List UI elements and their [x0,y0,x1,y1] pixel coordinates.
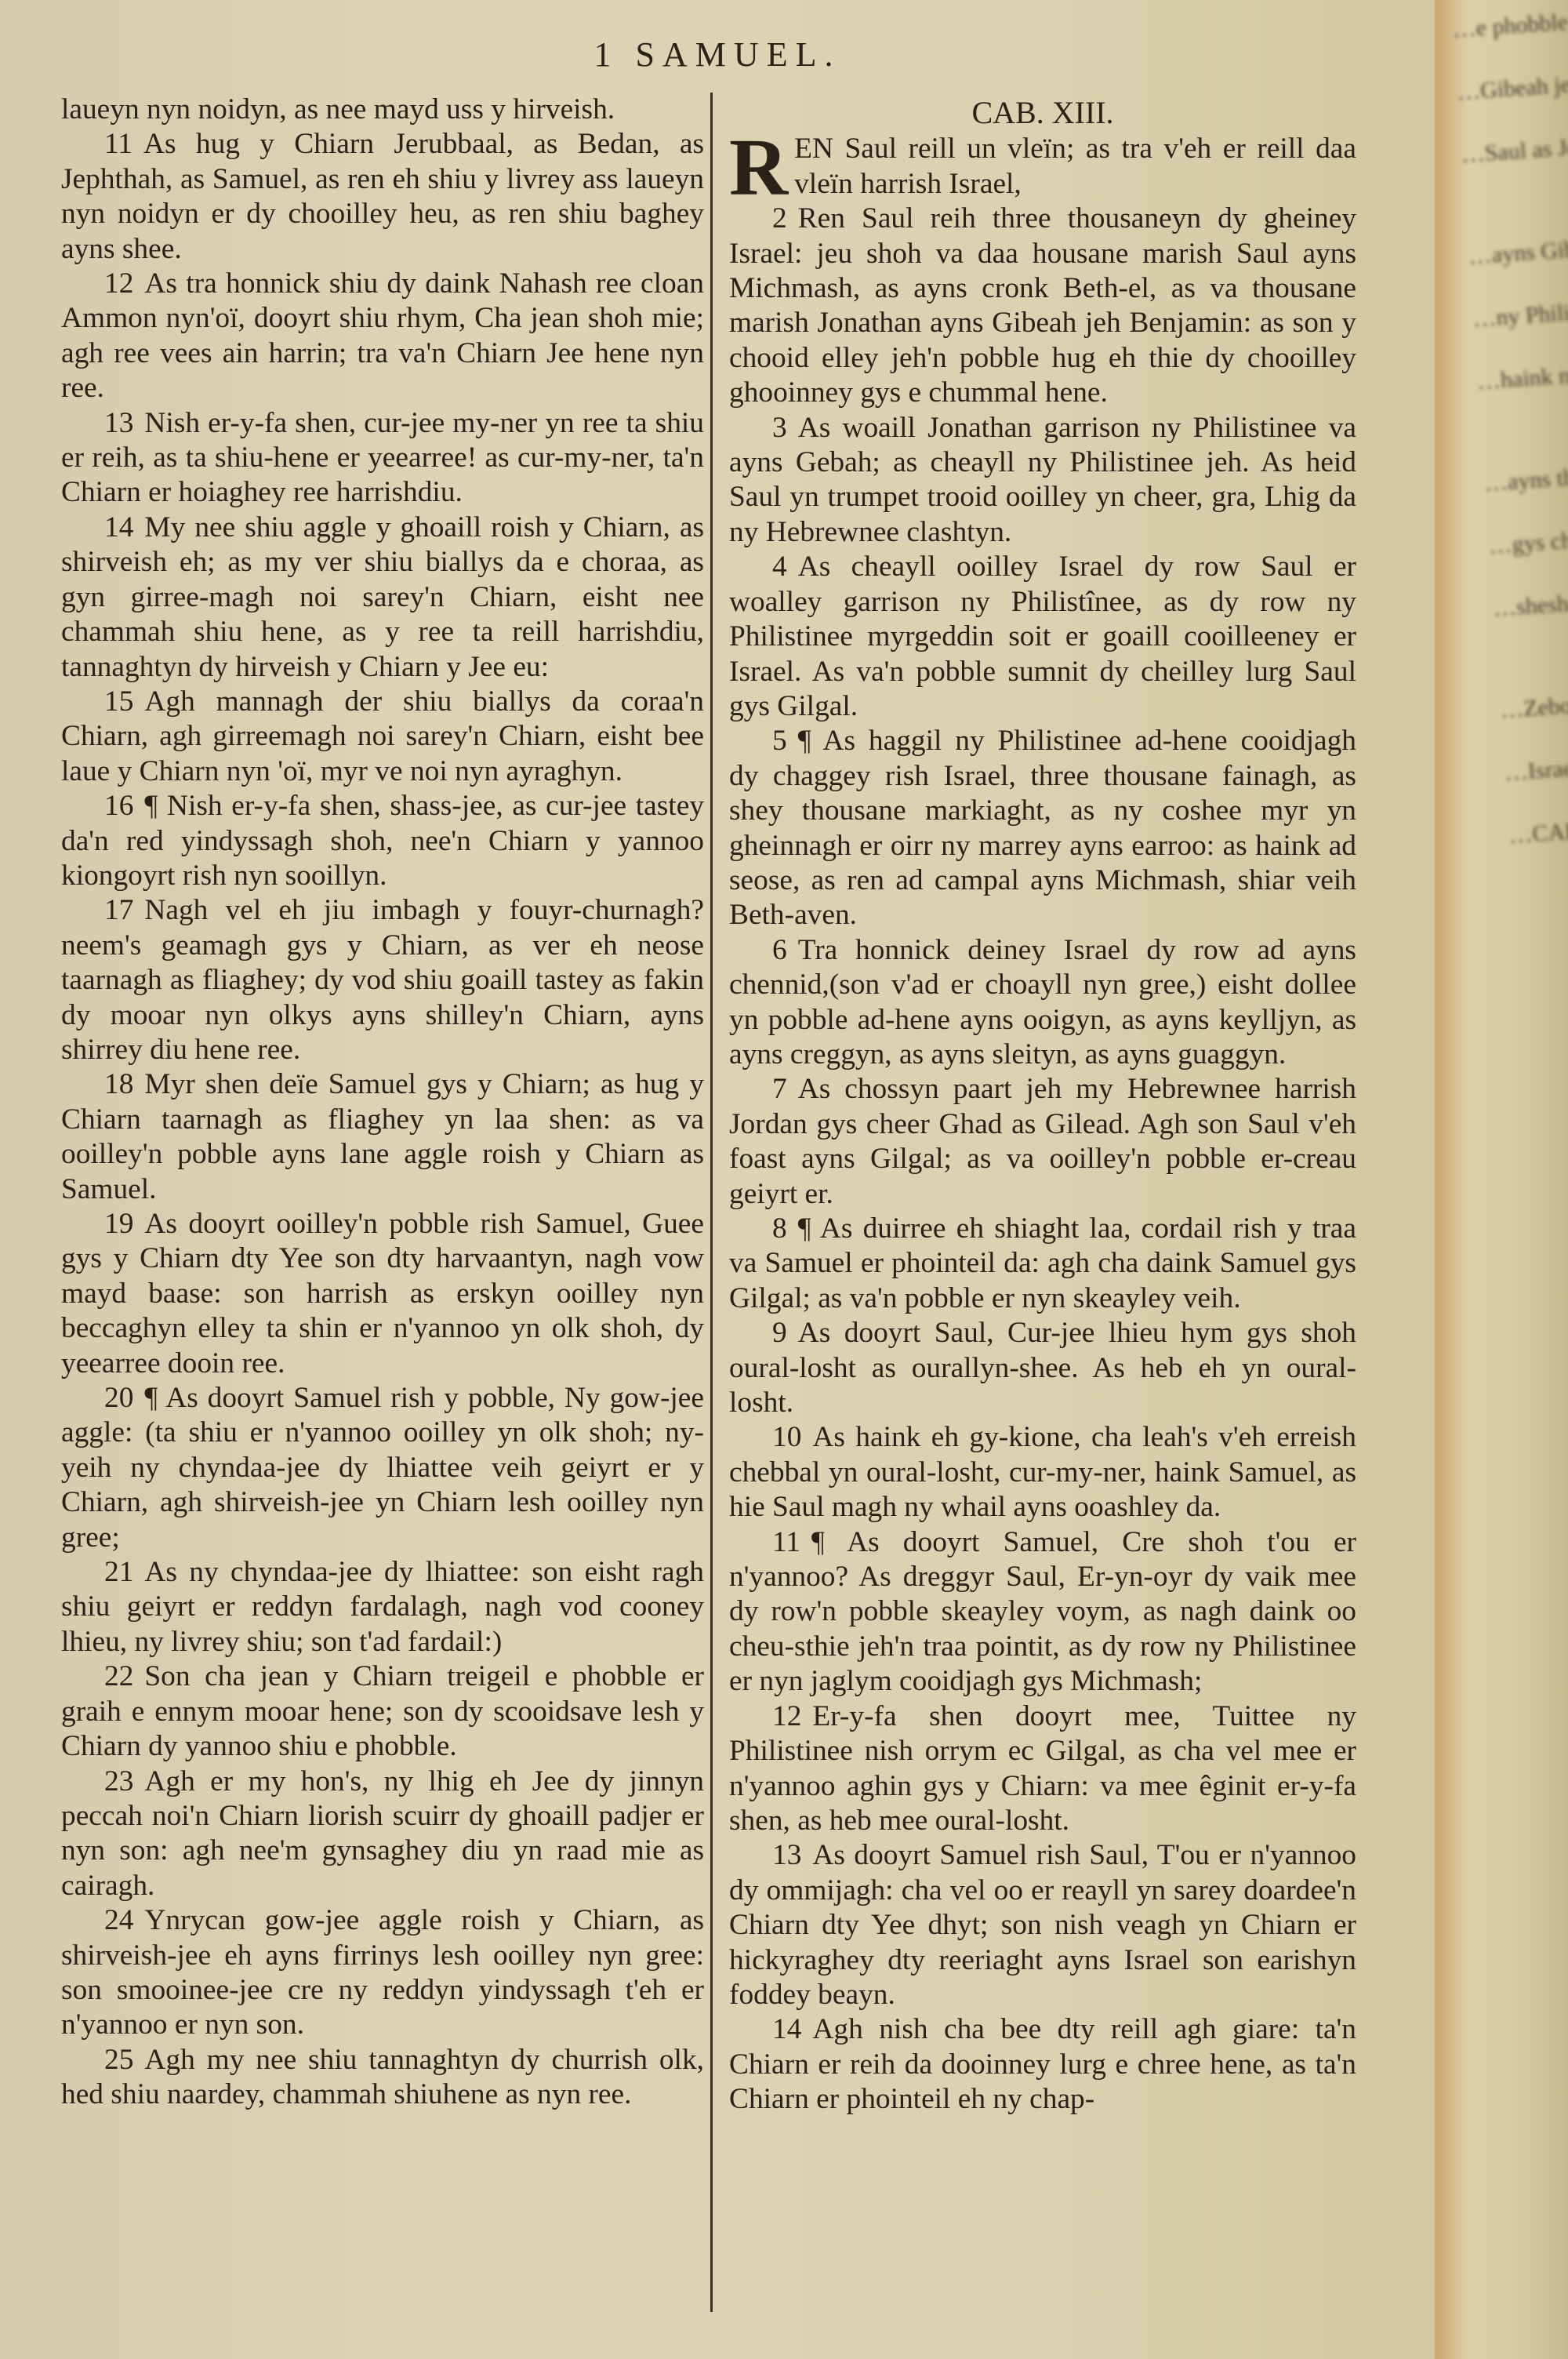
verse: laueyn nyn noidyn, as nee mayd uss y hir… [61,93,704,127]
verse: 16¶ Nish er-y-fa shen, shass-jee, as cur… [61,789,704,893]
verse-text: ¶ As dooyrt Samuel, Cre shoh t'ou er n'y… [729,1526,1356,1698]
verse-text: My nee shiu aggle y ghoaill roish y Chia… [61,511,704,683]
verse-number: 11 [104,128,132,160]
verse: 11¶ As dooyrt Samuel, Cre shoh t'ou er n… [729,1525,1356,1699]
running-title: 1 SAMUEL. [0,35,1435,75]
verse-text: EN Saul reill un vleïn; as tra v'eh er r… [794,133,1356,199]
verse-text: Ynrycan gow-jee aggle roish y Chiarn, as… [61,1904,704,2041]
verse-number: 13 [772,1839,801,1871]
verse-number: 20 [104,1382,133,1414]
verse-number: 11 [772,1526,800,1558]
verse-text: Nish er-y-fa shen, cur-jee my-ner yn ree… [61,407,704,509]
verse-text: As hug y Chiarn Jerubbaal, as Bedan, as … [61,128,704,264]
verse-text: ¶ Nish er-y-fa shen, shass-jee, as cur-j… [61,790,704,892]
verse: 3As woaill Jonathan garrison ny Philisti… [729,411,1356,551]
verse: 13Nish er-y-fa shen, cur-jee my-ner yn r… [61,406,704,511]
verse: 6Tra honnick deiney Israel dy row ad ayn… [729,933,1356,1073]
verse-number: 2 [772,202,787,234]
verse-number: 21 [104,1556,133,1588]
blurred-line: …haink ny spooilleyderyn… [1476,358,1568,398]
verse-number: 4 [772,551,787,583]
verse: 13As dooyrt Samuel rish Saul, T'ou er n'… [729,1838,1356,2012]
verse-text: Agh er my hon's, ny lhig eh Jee dy jinny… [61,1765,704,1902]
right-column: CAB. XIII. REN Saul reill un vleïn; as t… [729,93,1356,2117]
verse: 12Er-y-fa shen dooyrt mee, Tuittee ny Ph… [729,1699,1356,1839]
verse-text: Agh nish cha bee dty reill agh giare: ta… [729,2013,1356,2115]
verse: 23Agh er my hon's, ny lhig eh Jee dy jin… [61,1765,704,1904]
book-page: 1 SAMUEL. laueyn nyn noidyn, as nee mayd… [0,0,1435,2359]
verse-number: 13 [104,407,133,439]
verse-text: laueyn nyn noidyn, as nee mayd uss y hir… [61,93,615,125]
verse-number: 17 [104,894,133,926]
verse: 7As chossyn paart jeh my Hebrewnee harri… [729,1072,1356,1212]
verse: 17Nagh vel eh jiu imbagh y fouyr-churnag… [61,893,704,1067]
verse: 22Son cha jean y Chiarn treigeil e phobb… [61,1659,704,1764]
verse-text: Agh mannagh der shiu biallys da coraa'n … [61,685,704,787]
blurred-line: …Gibeah jeh Benjamin… [1456,69,1568,108]
verse-number: 16 [104,790,133,822]
verse-text: As cheayll ooilley Israel dy row Saul er… [729,551,1356,722]
verse: 18Myr shen deïe Samuel gys y Chiarn; as … [61,1067,704,1207]
verse: 10As haink eh gy-kione, cha leah's v'eh … [729,1420,1356,1525]
verse-text: ¶ As dooyrt Samuel rish y pobble, Ny gow… [61,1382,704,1554]
blurred-line: …ayns Gibeah jeh Benjamin… [1468,233,1568,272]
verse-text: Nagh vel eh jiu imbagh y fouyr-churnagh?… [61,894,704,1066]
blurred-line: …Israel; (son dooyrt ny Phili-… [1504,750,1568,789]
verse-text: As chossyn paart jeh my Hebrewnee harris… [729,1073,1356,1209]
verse-text: Tra honnick deiney Israel dy row ad ayns… [729,934,1356,1070]
verse-text: Agh my nee shiu tannaghtyn dy churrish o… [61,2044,704,2110]
left-column: laueyn nyn noidyn, as nee mayd uss y hir… [61,93,704,2113]
verse: 4As cheayll ooilley Israel dy row Saul e… [729,550,1356,724]
verse-number: 18 [104,1068,133,1100]
verse: 21As ny chyndaa-jee dy lhiattee: son eis… [61,1555,704,1659]
verse-text: ¶ As haggil ny Philistinee ad-hene cooid… [729,725,1356,931]
verse-number: 9 [772,1317,787,1349]
verse-text: As ny chyndaa-jee dy lhiattee: son eisht… [61,1556,704,1658]
verse: 9As dooyrt Saul, Cur-jee lhieu hym gys s… [729,1316,1356,1420]
verse-text: Er-y-fa shen dooyrt mee, Tuittee ny Phil… [729,1700,1356,1837]
verse-number: 7 [772,1073,787,1105]
next-page-edge: …e phobble……Gibeah jeh Benjamin……Saul as… [1435,0,1568,2359]
verse-number: 3 [772,412,787,444]
verse-text: As dooyrt Saul, Cur-jee lhieu hym gys sh… [729,1317,1356,1419]
blurred-line: …sheshaght elley… [1492,585,1568,624]
blurred-line: …Zeboim gys yn aasagh… [1499,687,1568,726]
verse: 8¶ As duirree eh shiaght laa, cordail ri… [729,1212,1356,1316]
verse-number: 14 [772,2013,801,2045]
verse-text: As tra honnick shiu dy daink Nahash ree … [61,267,704,404]
verse-1: REN Saul reill un vleïn; as tra v'eh er … [729,132,1356,202]
verse: 25Agh my nee shiu tannaghtyn dy churrish… [61,2043,704,2113]
verse-text: As woaill Jonathan garrison ny Philistin… [729,412,1356,548]
blurred-line: …e phobble… [1451,6,1568,45]
verse-text: As dooyrt Samuel rish Saul, T'ou er n'ya… [729,1839,1356,2011]
verse-number: 25 [104,2044,133,2076]
verse-number: 14 [104,511,133,543]
verse-number: 10 [772,1421,801,1453]
blurred-line: …Saul as Jonathan e vac… [1461,132,1568,171]
verse-number: 8 [772,1212,787,1245]
verse-number: 23 [104,1765,133,1797]
verse-number: 12 [104,267,133,300]
verse: 14Agh nish cha bee dty reill agh giare: … [729,2012,1356,2117]
blurred-line: …ayns three sheshaghtyn… [1483,460,1568,500]
drop-cap: R [729,135,788,201]
verse-number: 12 [772,1700,801,1732]
verse-number: 19 [104,1208,133,1240]
verse-text: As haink eh gy-kione, cha leah's v'eh er… [729,1421,1356,1523]
verse-number: 22 [104,1660,133,1692]
column-divider [710,93,713,2312]
verse-text: Myr shen deïe Samuel gys y Chiarn; as hu… [61,1068,704,1205]
right-verses: 2Ren Saul reih three thousaneyn dy ghein… [729,202,1356,2117]
chapter-title: CAB. XIII. [729,96,1356,130]
verse-text: ¶ As duirree eh shiaght laa, cordail ris… [729,1212,1356,1314]
verse-text: Ren Saul reih three thousaneyn dy gheine… [729,202,1356,409]
verse: 24Ynrycan gow-jee aggle roish y Chiarn, … [61,1903,704,2043]
blurred-line: …gys cheer Shual:… [1487,522,1568,562]
verse-text: As dooyrt ooilley'n pobble rish Samuel, … [61,1208,704,1379]
verse-number: 6 [772,934,787,966]
blurred-line: …CAB. XIV. [1508,812,1568,852]
verse-text: Son cha jean y Chiarn treigeil e phobble… [61,1660,704,1762]
verse: 19As dooyrt ooilley'n pobble rish Samuel… [61,1207,704,1381]
verse-number: 24 [104,1904,133,1936]
verse: 5¶ As haggil ny Philistinee ad-hene cooi… [729,724,1356,932]
verse: 15Agh mannagh der shiu biallys da coraa'… [61,685,704,789]
verse: 20¶ As dooyrt Samuel rish y pobble, Ny g… [61,1381,704,1555]
blurred-line: …ny Philistinee campal… [1472,296,1568,335]
verse-number: 5 [772,725,787,757]
verse: 2Ren Saul reih three thousaneyn dy ghein… [729,202,1356,410]
verse: 14My nee shiu aggle y ghoaill roish y Ch… [61,511,704,685]
verse-number: 15 [104,685,133,718]
verse: 12As tra honnick shiu dy daink Nahash re… [61,267,704,406]
verse: 11As hug y Chiarn Jerubbaal, as Bedan, a… [61,127,704,267]
blurred-next-page-text: …e phobble……Gibeah jeh Benjamin……Saul as… [1435,0,1568,852]
